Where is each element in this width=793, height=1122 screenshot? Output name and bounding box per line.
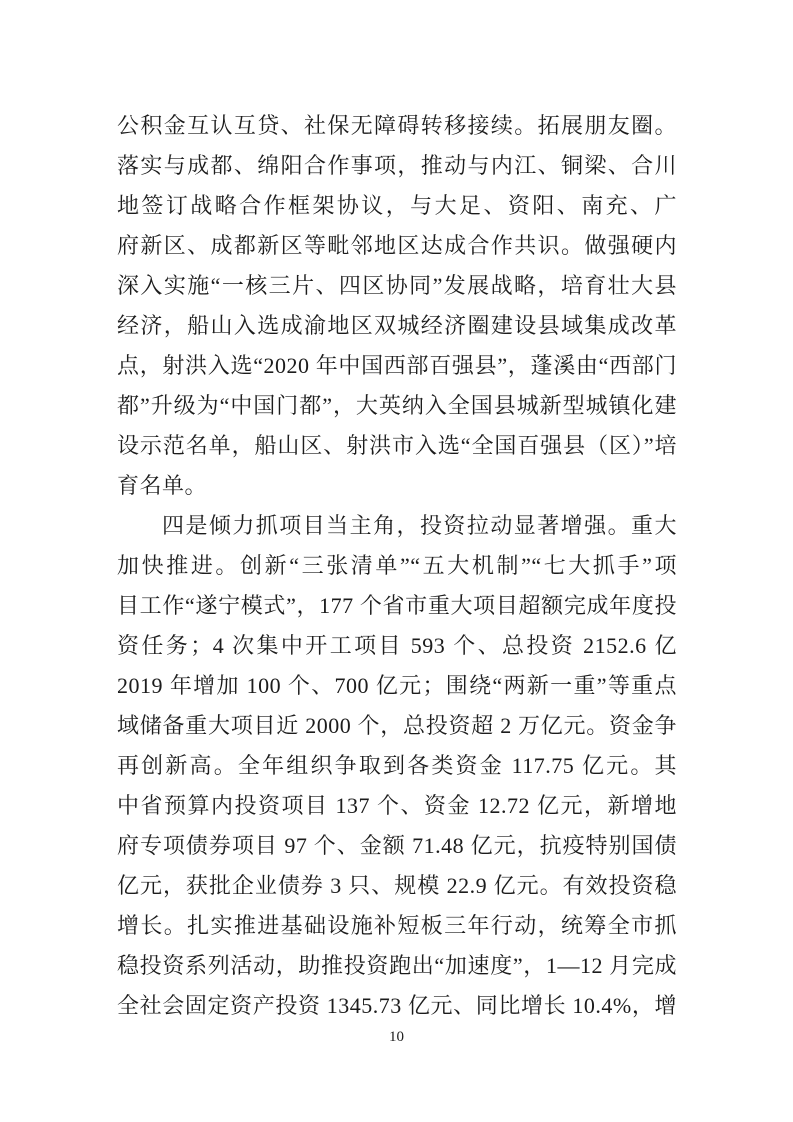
text-line-paragraph-start: 四是倾力抓项目当主角，投资拉动显著增强。重大项目	[117, 506, 677, 546]
text-line: 资任务；4 次集中开工项目 593 个、总投资 2152.6 亿元，比	[117, 626, 677, 666]
text-line: 府新区、成都新区等毗邻地区达成合作共识。做强硬内核。	[117, 226, 677, 266]
text-line: 公积金互认互贷、社保无障碍转移接续。拓展朋友圈。深入	[117, 106, 677, 146]
text-line: 加快推进。创新“三张清单”“五大机制”“七大抓手”项	[117, 546, 677, 586]
text-line: 稳投资系列活动，助推投资跑出“加速度”，1—12 月完成	[117, 946, 677, 986]
text-column: 公积金互认互贷、社保无障碍转移接续。拓展朋友圈。深入 落实与成都、绵阳合作事项，…	[117, 106, 677, 1026]
text-line: 增长。扎实推进基础设施补短板三年行动，统筹全市抓项目	[117, 906, 677, 946]
text-line: 2019 年增加 100 个、700 亿元；围绕“两新一重”等重点领	[117, 666, 677, 706]
text-line: 深入实施“一核三片、四区协同”发展战略，培育壮大县域	[117, 266, 677, 306]
text-line: 中省预算内投资项目 137 个、资金 12.72 亿元，新增地方政	[117, 786, 677, 826]
text-line: 设示范名单，船山区、射洪市入选“全国百强县（区）”培	[117, 426, 677, 466]
text-line: 全社会固定资产投资 1345.73 亿元、同比增长 10.4%，增速	[117, 986, 677, 1026]
text-line: 府专项债券项目 97 个、金额 71.48 亿元，抗疫特别国债 10.65	[117, 826, 677, 866]
text-line: 育名单。	[117, 466, 677, 506]
text-line: 都”升级为“中国门都”，大英纳入全国县城新型城镇化建	[117, 386, 677, 426]
text-line: 再创新高。全年组织争取到各类资金 117.75 亿元。其中，	[117, 746, 677, 786]
text-line: 点，射洪入选“2020 年中国西部百强县”，蓬溪由“西部门	[117, 346, 677, 386]
text-line: 地签订战略合作框架协议，与大足、资阳、南充、广安、天	[117, 186, 677, 226]
text-line: 经济，船山入选成渝地区双城经济圈建设县域集成改革试	[117, 306, 677, 346]
text-line: 落实与成都、绵阳合作事项，推动与内江、铜梁、合川等 6	[117, 146, 677, 186]
text-line: 域储备重大项目近 2000 个，总投资超 2 万亿元。资金争取	[117, 706, 677, 746]
text-line: 亿元，获批企业债券 3 只、规模 22.9 亿元。有效投资稳定	[117, 866, 677, 906]
page-number: 10	[0, 1022, 793, 1052]
document-page: 公积金互认互贷、社保无障碍转移接续。拓展朋友圈。深入 落实与成都、绵阳合作事项，…	[0, 0, 793, 1122]
text-line: 目工作“遂宁模式”，177 个省市重大项目超额完成年度投	[117, 586, 677, 626]
